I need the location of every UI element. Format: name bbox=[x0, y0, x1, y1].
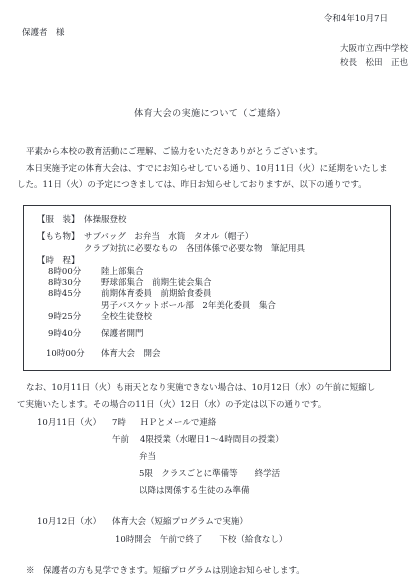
day2-schedule-row: 10時開会 午前で終了 下校（給食なし） bbox=[115, 535, 287, 546]
belongings-row: 【もち物】サブバッグ お弁当 水筒 タオル（帽子） bbox=[37, 232, 253, 243]
desc-cell: 保護者開門 bbox=[101, 329, 144, 339]
school-name: 大阪市立西中学校 bbox=[340, 44, 408, 55]
desc-cell: 以降は関係する生徒のみ準備 bbox=[139, 486, 250, 496]
time-cell: 午前 bbox=[112, 435, 140, 446]
day1-schedule-row: 午前4限授業（水曜日1～4時間目の授業） bbox=[112, 435, 284, 446]
desc-cell: 前期体育委員 前期給食委員 bbox=[101, 289, 212, 299]
desc-cell: ＨＰとメールで連絡 bbox=[140, 418, 216, 428]
day1-schedule-row: 以降は関係する生徒のみ準備 bbox=[139, 486, 250, 497]
day1-schedule-row: 10月11日（火）7時ＨＰとメールで連絡 bbox=[37, 418, 216, 429]
belongings-line-2: クラブ対抗に必要なもの 各団体係で必要な物 筆記用具 bbox=[84, 244, 305, 255]
desc-cell: 5限 クラスごとに準備等 終学活 bbox=[139, 469, 280, 479]
day1-schedule-row: 弁当 bbox=[139, 452, 156, 463]
timetable-row: 10時00分体育大会 開会 bbox=[46, 349, 161, 360]
time-cell: 8時00分 bbox=[48, 267, 101, 278]
document-title: 体育大会の実施について（ご連絡） bbox=[0, 109, 420, 121]
intro-paragraph-line-1: 平素から本校の教育活動にご理解、ご協力をいただきありがとうございます。 bbox=[26, 147, 323, 158]
belongings-label: 【もち物】 bbox=[37, 232, 84, 243]
time-cell: 7時 bbox=[112, 418, 140, 429]
intro-paragraph-line-2: 本日実施予定の体育大会は、すでにお知らせしている通り、10月11日（火）に延期を… bbox=[26, 164, 388, 175]
document-page: 令和4年10月7日 保護者 様 大阪市立西中学校 校長 松田 正也 体育大会の実… bbox=[0, 0, 420, 586]
day1-date: 10月11日（火） bbox=[37, 418, 112, 429]
recipient-line: 保護者 様 bbox=[22, 28, 65, 39]
rain-notice-line-2: て実施いたします。その場合の11日（火）12日（水）の予定は以下の通りです。 bbox=[17, 400, 326, 411]
time-cell: 9時25分 bbox=[48, 312, 101, 323]
day1-schedule-row: 5限 クラスごとに準備等 終学活 bbox=[139, 469, 280, 480]
timetable-row: 男子バスケットボール部 2年美化委員 集合 bbox=[101, 301, 276, 312]
belongings-line-1: サブバッグ お弁当 水筒 タオル（帽子） bbox=[84, 232, 253, 242]
time-cell: 10時00分 bbox=[46, 349, 101, 360]
time-cell: 8時45分 bbox=[48, 289, 101, 300]
desc-cell: 陸上部集合 bbox=[101, 267, 144, 277]
desc-cell: 10時開会 午前で終了 下校（給食なし） bbox=[115, 535, 287, 545]
desc-cell: 4限授業（水曜日1～4時間目の授業） bbox=[140, 435, 284, 445]
dress-row: 【服 装】体操服登校 bbox=[37, 215, 127, 226]
timetable-label: 【時 程】 bbox=[37, 256, 80, 267]
day2-date: 10月12日（水） bbox=[37, 517, 112, 528]
intro-paragraph-line-3: した。11日（火）の予定につきましては、昨日お知らせしておりますが、以下の通りで… bbox=[17, 180, 367, 191]
info-box: 【服 装】体操服登校 【もち物】サブバッグ お弁当 水筒 タオル（帽子） クラブ… bbox=[23, 205, 391, 371]
time-cell: 8時30分 bbox=[48, 278, 101, 289]
desc-cell: 体育大会（短縮プログラムで実施） bbox=[112, 517, 248, 527]
desc-cell: 体育大会 開会 bbox=[101, 349, 161, 359]
desc-cell: 野球部集合 前期生徒会集合 bbox=[101, 278, 212, 288]
desc-cell: 弁当 bbox=[139, 452, 156, 462]
desc-cell: 全校生徒登校 bbox=[101, 312, 152, 322]
desc-cell: 男子バスケットボール部 2年美化委員 集合 bbox=[101, 301, 276, 311]
dress-value: 体操服登校 bbox=[84, 215, 127, 225]
dress-label: 【服 装】 bbox=[37, 215, 84, 226]
footnote: ※ 保護者の方も見学できます。短縮プログラムは別途お知らせします。 bbox=[26, 566, 305, 577]
day2-schedule-row: 10月12日（水）体育大会（短縮プログラムで実施） bbox=[37, 517, 248, 528]
timetable-row: 9時25分全校生徒登校 bbox=[48, 312, 152, 323]
timetable-row: 8時45分前期体育委員 前期給食委員 bbox=[48, 289, 212, 300]
rain-notice-line-1: なお、10月11日（火）も雨天となり実施できない場合は、10月12日（水）の午前… bbox=[26, 383, 375, 394]
time-cell: 9時40分 bbox=[48, 329, 101, 340]
timetable-row: 8時30分野球部集合 前期生徒会集合 bbox=[48, 278, 212, 289]
principal-name: 校長 松田 正也 bbox=[340, 58, 408, 69]
issue-date: 令和4年10月7日 bbox=[324, 14, 388, 25]
timetable-row: 8時00分陸上部集合 bbox=[48, 267, 144, 278]
timetable-row: 9時40分保護者開門 bbox=[48, 329, 144, 340]
